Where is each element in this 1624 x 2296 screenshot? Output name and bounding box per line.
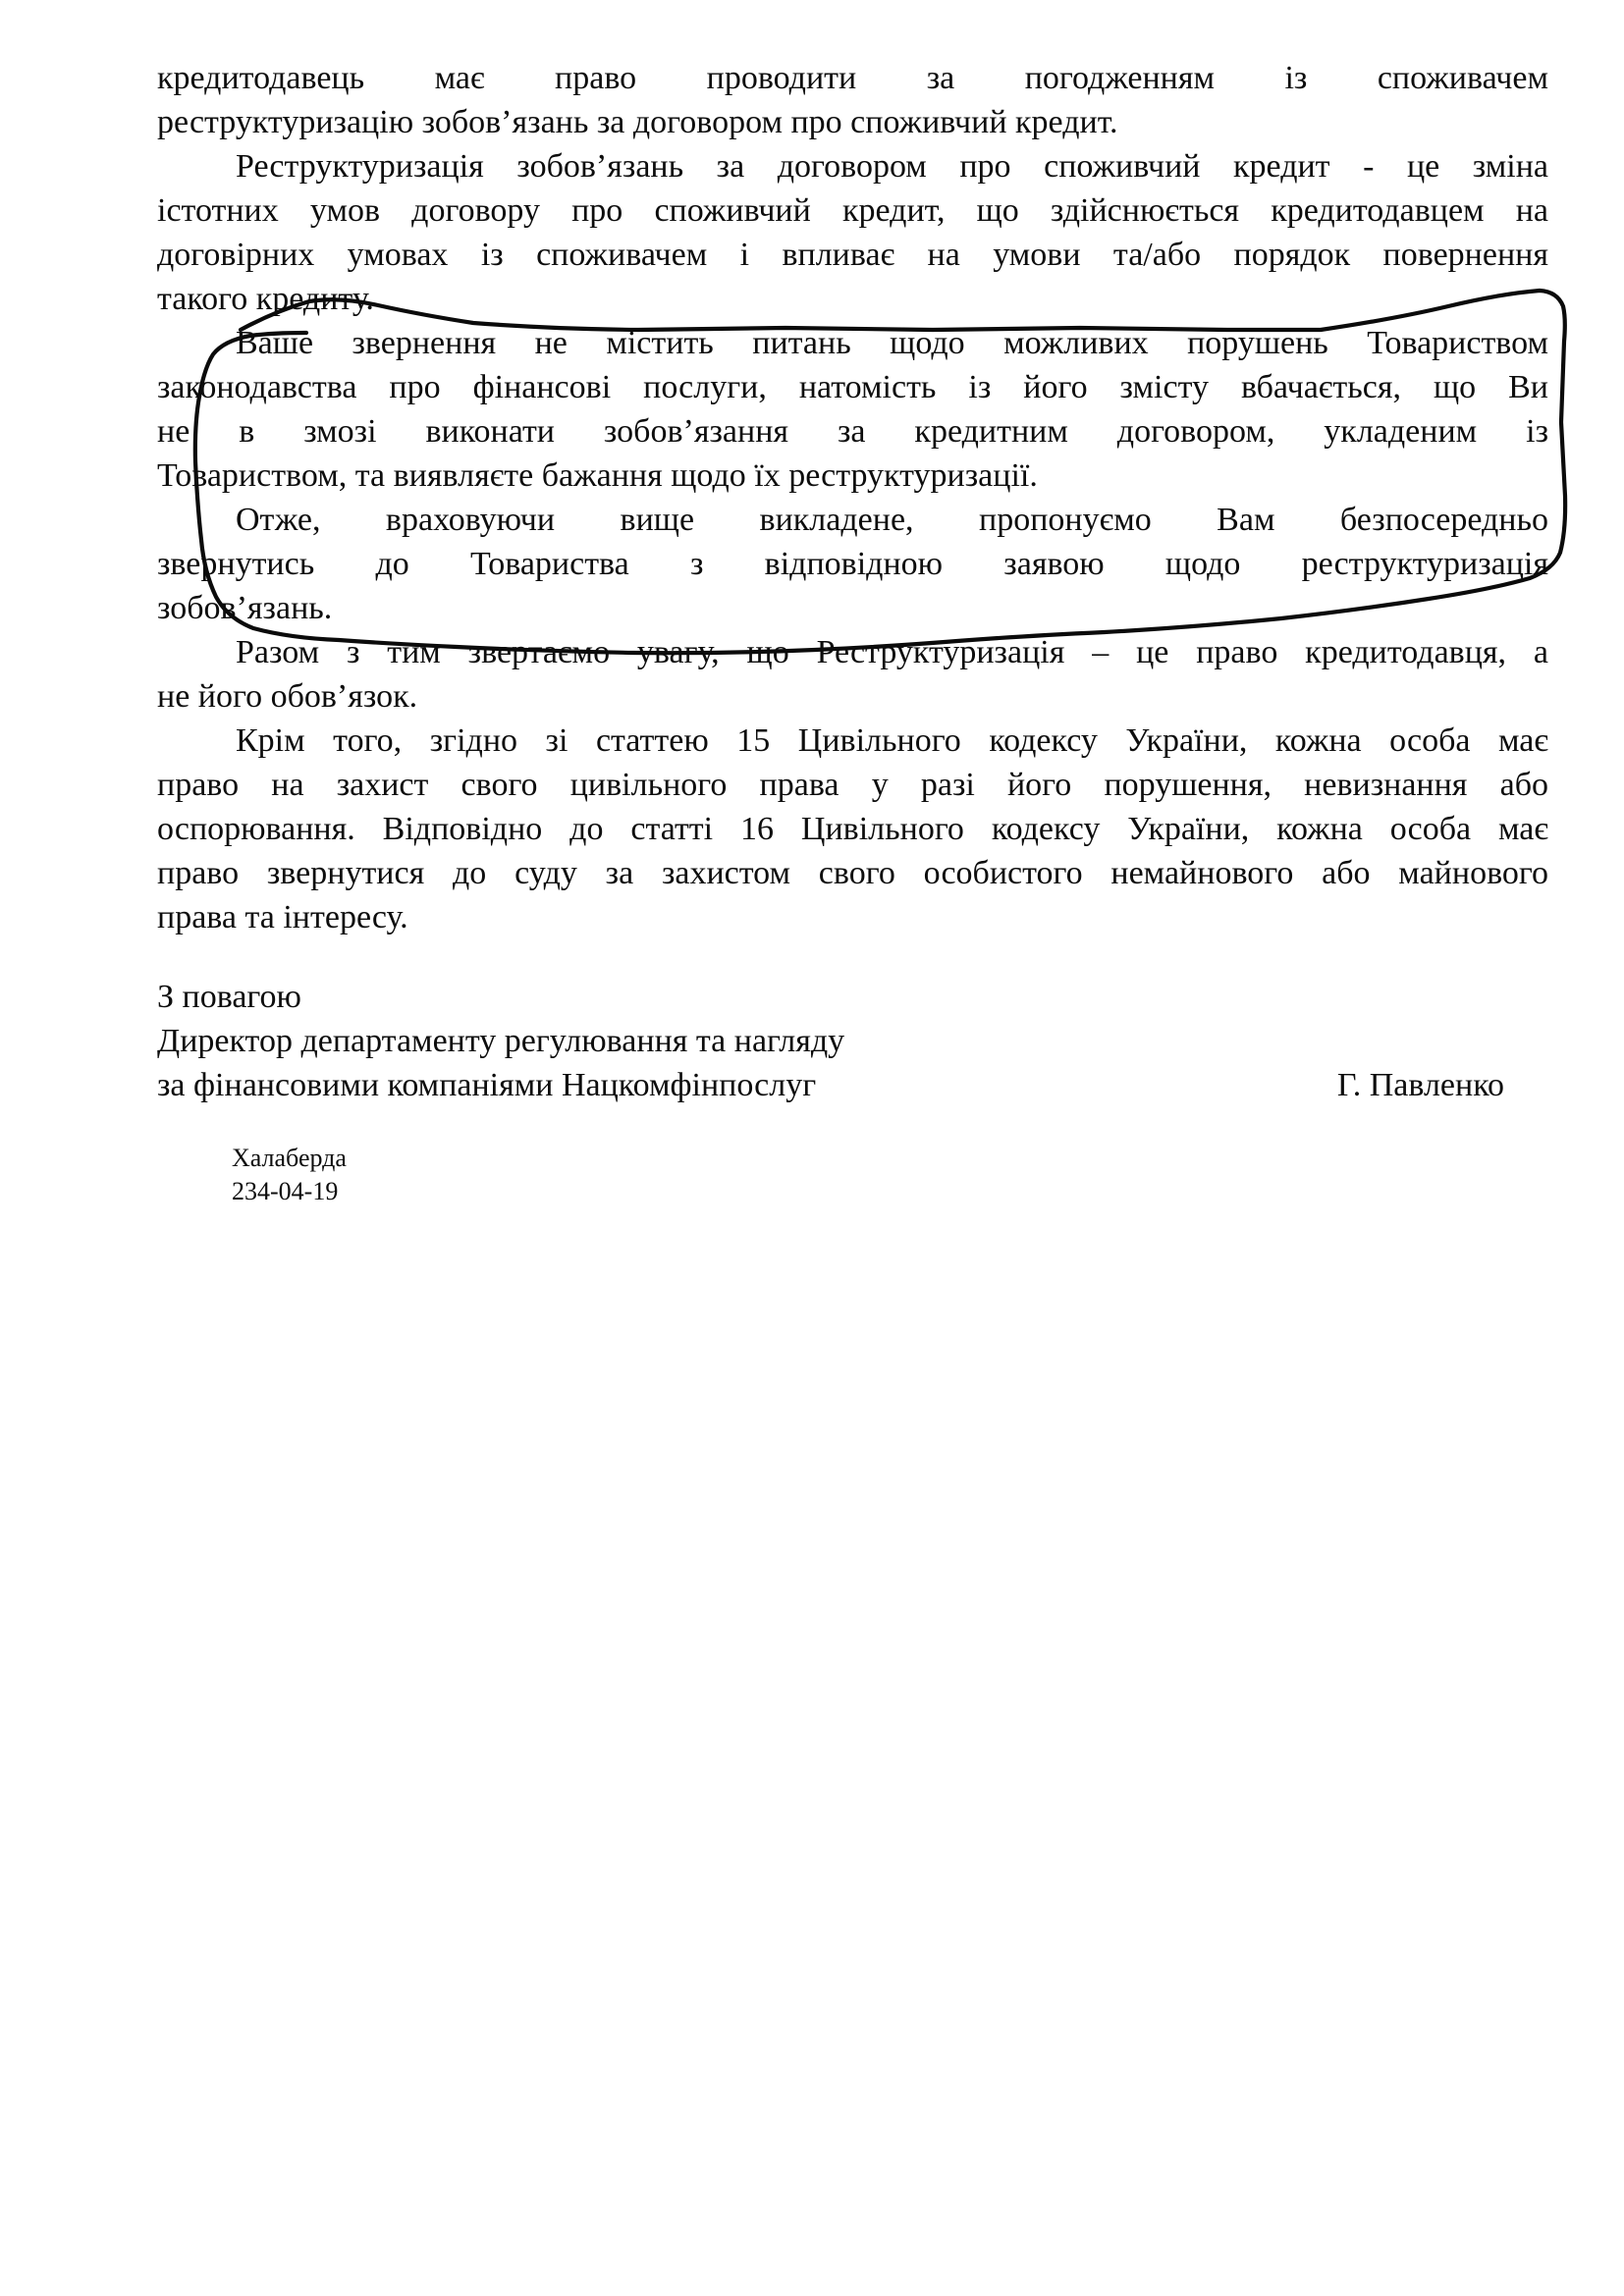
text-line: право на захист свого цивільного права у… (157, 763, 1548, 807)
text-line: договірних умовах із споживачем і вплива… (157, 233, 1548, 277)
text-line-circled: законодавства про фінансові послуги, нат… (157, 365, 1548, 409)
text-line: права та інтересу. (157, 895, 1548, 939)
text-line-circled: не в змозі виконати зобов’язання за кред… (157, 409, 1548, 454)
text-line: Крім того, згідно зі статтею 15 Цивільно… (157, 719, 1548, 763)
text-line: оспорювання. Відповідно до статті 16 Цив… (157, 807, 1548, 851)
signer-title-line2: за фінансовими компаніями Нацкомфінпослу… (157, 1063, 816, 1107)
text-line: право звернутися до суду за захистом сво… (157, 851, 1548, 895)
text-line-circled: Отже, враховуючи вище викладене, пропону… (157, 498, 1548, 542)
signer-name: Г. Павленко (1337, 1063, 1504, 1107)
executor-phone: 234-04-19 (232, 1175, 1548, 1208)
text-line: реструктуризацію зобов’язань за договоро… (157, 100, 1548, 144)
text-line-circled: Ваше звернення не містить питань щодо мо… (157, 321, 1548, 365)
text-line-circled: звернутись до Товариства з відповідною з… (157, 542, 1548, 586)
executor-block: Халаберда 234-04-19 (232, 1142, 1548, 1208)
letter-body: кредитодавець має право проводити за пог… (157, 56, 1548, 1208)
text-line: кредитодавець має право проводити за пог… (157, 56, 1548, 100)
text-line: Разом з тим звертаємо увагу, що Реструкт… (157, 630, 1548, 674)
closing-block: З повагою Директор департаменту регулюва… (157, 975, 1548, 1107)
closing-salutation: З повагою (157, 975, 1548, 1019)
text-line: такого кредиту. (157, 277, 1548, 321)
signer-title-line1: Директор департаменту регулювання та наг… (157, 1019, 1548, 1063)
text-line: Реструктуризація зобов’язань за договоро… (157, 144, 1548, 188)
document-page: кредитодавець має право проводити за пог… (0, 0, 1624, 2296)
text-line-circled: Товариством, та виявляєте бажання щодо ї… (157, 454, 1548, 498)
executor-name: Халаберда (232, 1142, 1548, 1175)
text-line: не його обов’язок. (157, 674, 1548, 719)
text-line: істотних умов договору про споживчий кре… (157, 188, 1548, 233)
text-line-circled: зобов’язань. (157, 586, 1548, 630)
